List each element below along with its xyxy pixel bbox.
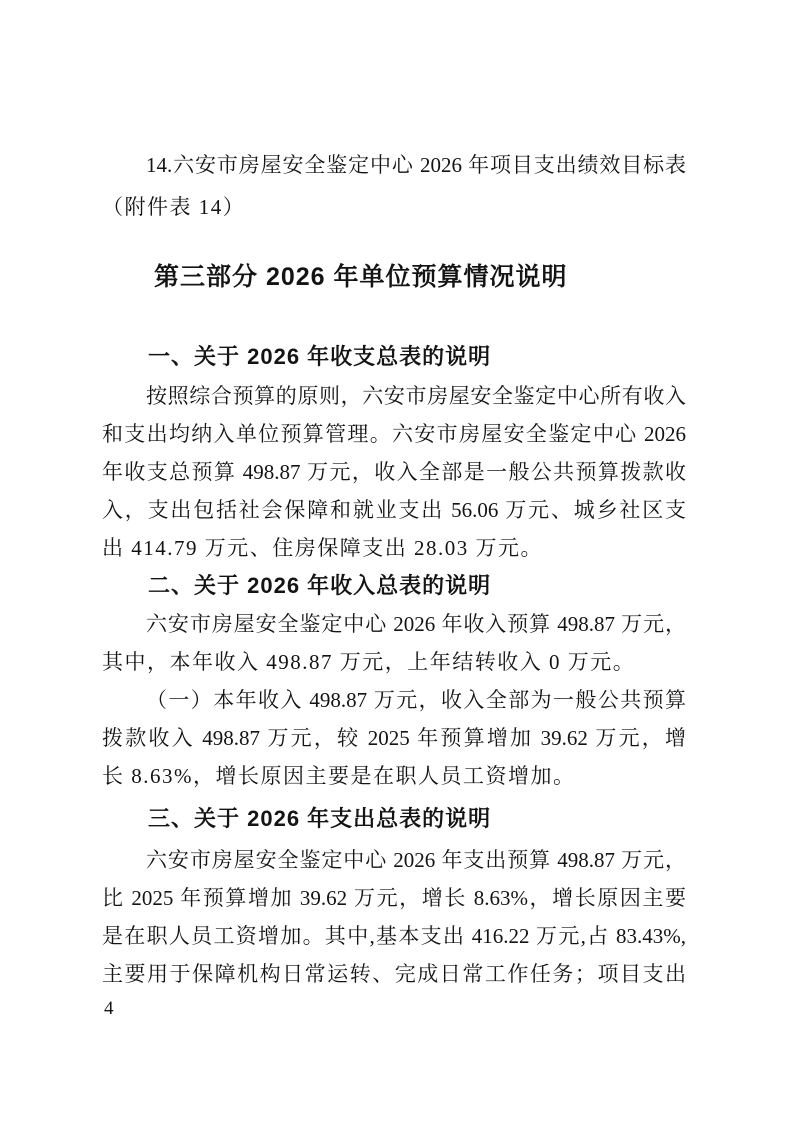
paragraph-line: 主要用于保障机构日常运转、完成日常工作任务；项目支出 [102, 955, 686, 993]
paragraph-line: 比 2025 年预算增加 39.62 万元，增长 8.63%，增长原因主要 [102, 879, 686, 917]
section-heading: 一、关于 2026 年收支总表的说明 [102, 338, 686, 376]
paragraph-line: 是在职人员工资增加。其中,基本支出 416.22 万元,占 83.43%, [102, 917, 686, 955]
paragraph-line: 出 414.79 万元、住房保障支出 28.03 万元。 [102, 529, 686, 567]
paragraph-line: 六安市房屋安全鉴定中心 2026 年收入预算 498.87 万元， [102, 605, 686, 643]
page-number: 4 [104, 994, 686, 1024]
paragraph: （一）本年收入 498.87 万元，收入全部为一般公共预算 拨款收入 498.8… [102, 681, 686, 795]
paragraph: 六安市房屋安全鉴定中心 2026 年收入预算 498.87 万元， 其中，本年收… [102, 605, 686, 681]
part-heading: 第三部分 2026 年单位预算情况说明 [102, 256, 686, 298]
section-heading: 二、关于 2026 年收入总表的说明 [102, 567, 686, 605]
paragraph-line: 年收支总预算 498.87 万元，收入全部是一般公共预算拨款收 [102, 453, 686, 491]
document-page: 14.六安市房屋安全鉴定中心 2026 年项目支出绩效目标表 （附件表 14） … [0, 0, 793, 1122]
text-column: 14.六安市房屋安全鉴定中心 2026 年项目支出绩效目标表 （附件表 14） … [102, 0, 686, 1122]
paragraph-line: 入，支出包括社会保障和就业支出 56.06 万元、城乡社区支 [102, 491, 686, 529]
paragraph-line: 六安市房屋安全鉴定中心 2026 年支出预算 498.87 万元， [102, 841, 686, 879]
paragraph: 按照综合预算的原则，六安市房屋安全鉴定中心所有收入 和支出均纳入单位预算管理。六… [102, 377, 686, 567]
attachment-list: 14.六安市房屋安全鉴定中心 2026 年项目支出绩效目标表 （附件表 14） [102, 144, 686, 228]
attachment-note: （附件表 14） [102, 186, 686, 228]
paragraph-line: 和支出均纳入单位预算管理。六安市房屋安全鉴定中心 2026 [102, 415, 686, 453]
paragraph-line: （一）本年收入 498.87 万元，收入全部为一般公共预算 [102, 681, 686, 719]
paragraph-line: 拨款收入 498.87 万元，较 2025 年预算增加 39.62 万元，增 [102, 719, 686, 757]
paragraph-line: 按照综合预算的原则，六安市房屋安全鉴定中心所有收入 [102, 377, 686, 415]
section-heading: 三、关于 2026 年支出总表的说明 [102, 800, 686, 838]
paragraph-line: 长 8.63%，增长原因主要是在职人员工资增加。 [102, 757, 686, 795]
paragraph: 六安市房屋安全鉴定中心 2026 年支出预算 498.87 万元， 比 2025… [102, 841, 686, 993]
paragraph-line: 其中，本年收入 498.87 万元，上年结转收入 0 万元。 [102, 643, 686, 681]
attachment-list-item: 14.六安市房屋安全鉴定中心 2026 年项目支出绩效目标表 [102, 144, 686, 186]
